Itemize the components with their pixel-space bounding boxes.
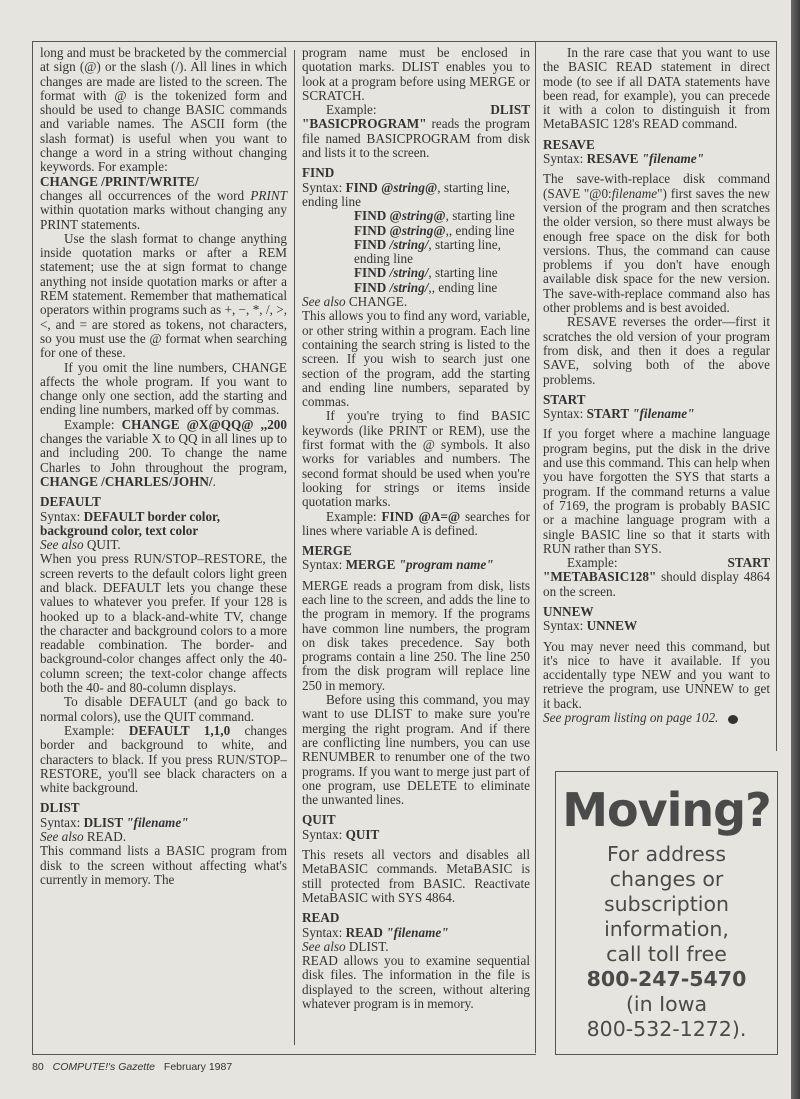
paragraph: This resets all vectors and disables all… (302, 848, 530, 905)
section-heading-start: START (543, 393, 770, 407)
column-1: long and must be bracketed by the commer… (40, 46, 287, 887)
magazine-name: COMPUTE!'s Gazette (53, 1061, 155, 1073)
syntax-line: Syntax: QUIT (302, 828, 530, 842)
ad-line: call toll free (556, 942, 777, 967)
paragraph: Example: FIND @A=@ searches for lines wh… (302, 510, 530, 539)
ad-line: subscription (556, 892, 777, 917)
ad-line: changes or (556, 867, 777, 892)
paragraph: If you're trying to find BASIC keywords … (302, 409, 530, 509)
column-2: program name must be enclosed in quotati… (302, 46, 530, 1011)
issue-date: February 1987 (164, 1061, 232, 1073)
paragraph: RESAVE reverses the order—first it scrat… (543, 315, 770, 386)
syntax-line: Syntax: FIND @string@, starting line, en… (302, 181, 530, 210)
ad-line: information, (556, 917, 777, 942)
section-heading-dlist: DLIST (40, 801, 287, 815)
toll-free-phone: 800-247-5470 (556, 967, 777, 992)
section-heading-unnew: UNNEW (543, 605, 770, 619)
syntax-line: Syntax: UNNEW (543, 619, 770, 633)
page-number: 80 (32, 1061, 44, 1073)
syntax-line: Syntax: RESAVE "filename" (543, 152, 770, 166)
page-footer: 80 COMPUTE!'s Gazette February 1987 (32, 1061, 232, 1073)
frame-top-right (535, 41, 776, 42)
code-example: CHANGE /PRINT/WRITE/ (40, 175, 287, 189)
see-also: See also CHANGE. (302, 295, 530, 309)
paragraph: Example: DEFAULT 1,1,0 changes border an… (40, 724, 287, 795)
ad-line: For address (556, 842, 777, 867)
see-also: See also READ. (40, 830, 287, 844)
column-separator (294, 50, 295, 1045)
syntax-line: Syntax: START "filename" (543, 407, 770, 421)
moving-advertisement: Moving? For address changes or subscript… (555, 771, 778, 1055)
syntax-line: Syntax: READ "filename" (302, 926, 530, 940)
syntax-line: FIND /string/,, ending line (302, 281, 530, 295)
listing-note: See program listing on page 102. (543, 711, 770, 725)
paragraph: long and must be bracketed by the commer… (40, 46, 287, 175)
end-of-article-icon (728, 715, 738, 724)
paragraph: The save-with-replace disk command (SAVE… (543, 172, 770, 315)
paragraph: You may never need this command, but it'… (543, 640, 770, 711)
paragraph: Example: DLIST "BASICPROGRAM" reads the … (302, 103, 530, 160)
frame-divider (535, 41, 536, 1053)
paragraph: Before using this command, you may want … (302, 693, 530, 807)
syntax-line: Syntax: MERGE "program name" (302, 558, 530, 572)
paragraph: changes all occurrences of the word PRIN… (40, 189, 287, 232)
paragraph: MERGE reads a program from disk, lists e… (302, 579, 530, 693)
paragraph: Use the slash format to change anything … (40, 232, 287, 361)
syntax-line: FIND @string@,, ending line (302, 224, 530, 238)
section-heading-resave: RESAVE (543, 138, 770, 152)
page-edge-shadow (791, 0, 800, 1099)
section-heading-quit: QUIT (302, 813, 530, 827)
syntax-line: FIND /string/, starting line, ending lin… (302, 238, 530, 267)
section-heading-find: FIND (302, 166, 530, 180)
paragraph: This allows you to find any word, variab… (302, 309, 530, 409)
find-syntax: Syntax: FIND @string@, starting line, en… (302, 181, 530, 295)
ad-line: (in Iowa (556, 992, 777, 1017)
paragraph: program name must be enclosed in quotati… (302, 46, 530, 103)
paragraph: READ allows you to examine sequential di… (302, 954, 530, 1011)
paragraph: If you omit the line numbers, CHANGE aff… (40, 361, 287, 418)
ad-title: Moving? (556, 784, 777, 836)
paragraph: This command lists a BASIC program from … (40, 844, 287, 887)
see-also: See also QUIT. (40, 538, 287, 552)
syntax-line: Syntax: DEFAULT border color, background… (40, 510, 287, 539)
syntax-line: FIND @string@, starting line (302, 209, 530, 223)
section-heading-default: DEFAULT (40, 495, 287, 509)
see-also: See also DLIST. (302, 940, 530, 954)
paragraph: When you press RUN/STOP–RESTORE, the scr… (40, 552, 287, 695)
ad-body: For address changes or subscription info… (556, 842, 777, 1042)
paragraph: If you forget where a machine language p… (543, 427, 770, 556)
column-3: In the rare case that you want to use th… (543, 46, 770, 725)
paragraph: Example: CHANGE @X@QQ@ ,,200 changes the… (40, 418, 287, 489)
section-heading-merge: MERGE (302, 544, 530, 558)
syntax-line: Syntax: DLIST "filename" (40, 816, 287, 830)
section-heading-read: READ (302, 911, 530, 925)
paragraph: To disable DEFAULT (and go back to norma… (40, 695, 287, 724)
iowa-phone: 800-532-1272). (556, 1017, 777, 1042)
frame-right-edge (776, 41, 777, 751)
paragraph: Example: START "METABASIC128" should dis… (543, 556, 770, 599)
syntax-line: FIND /string/, starting line (302, 266, 530, 280)
paragraph: In the rare case that you want to use th… (543, 46, 770, 132)
